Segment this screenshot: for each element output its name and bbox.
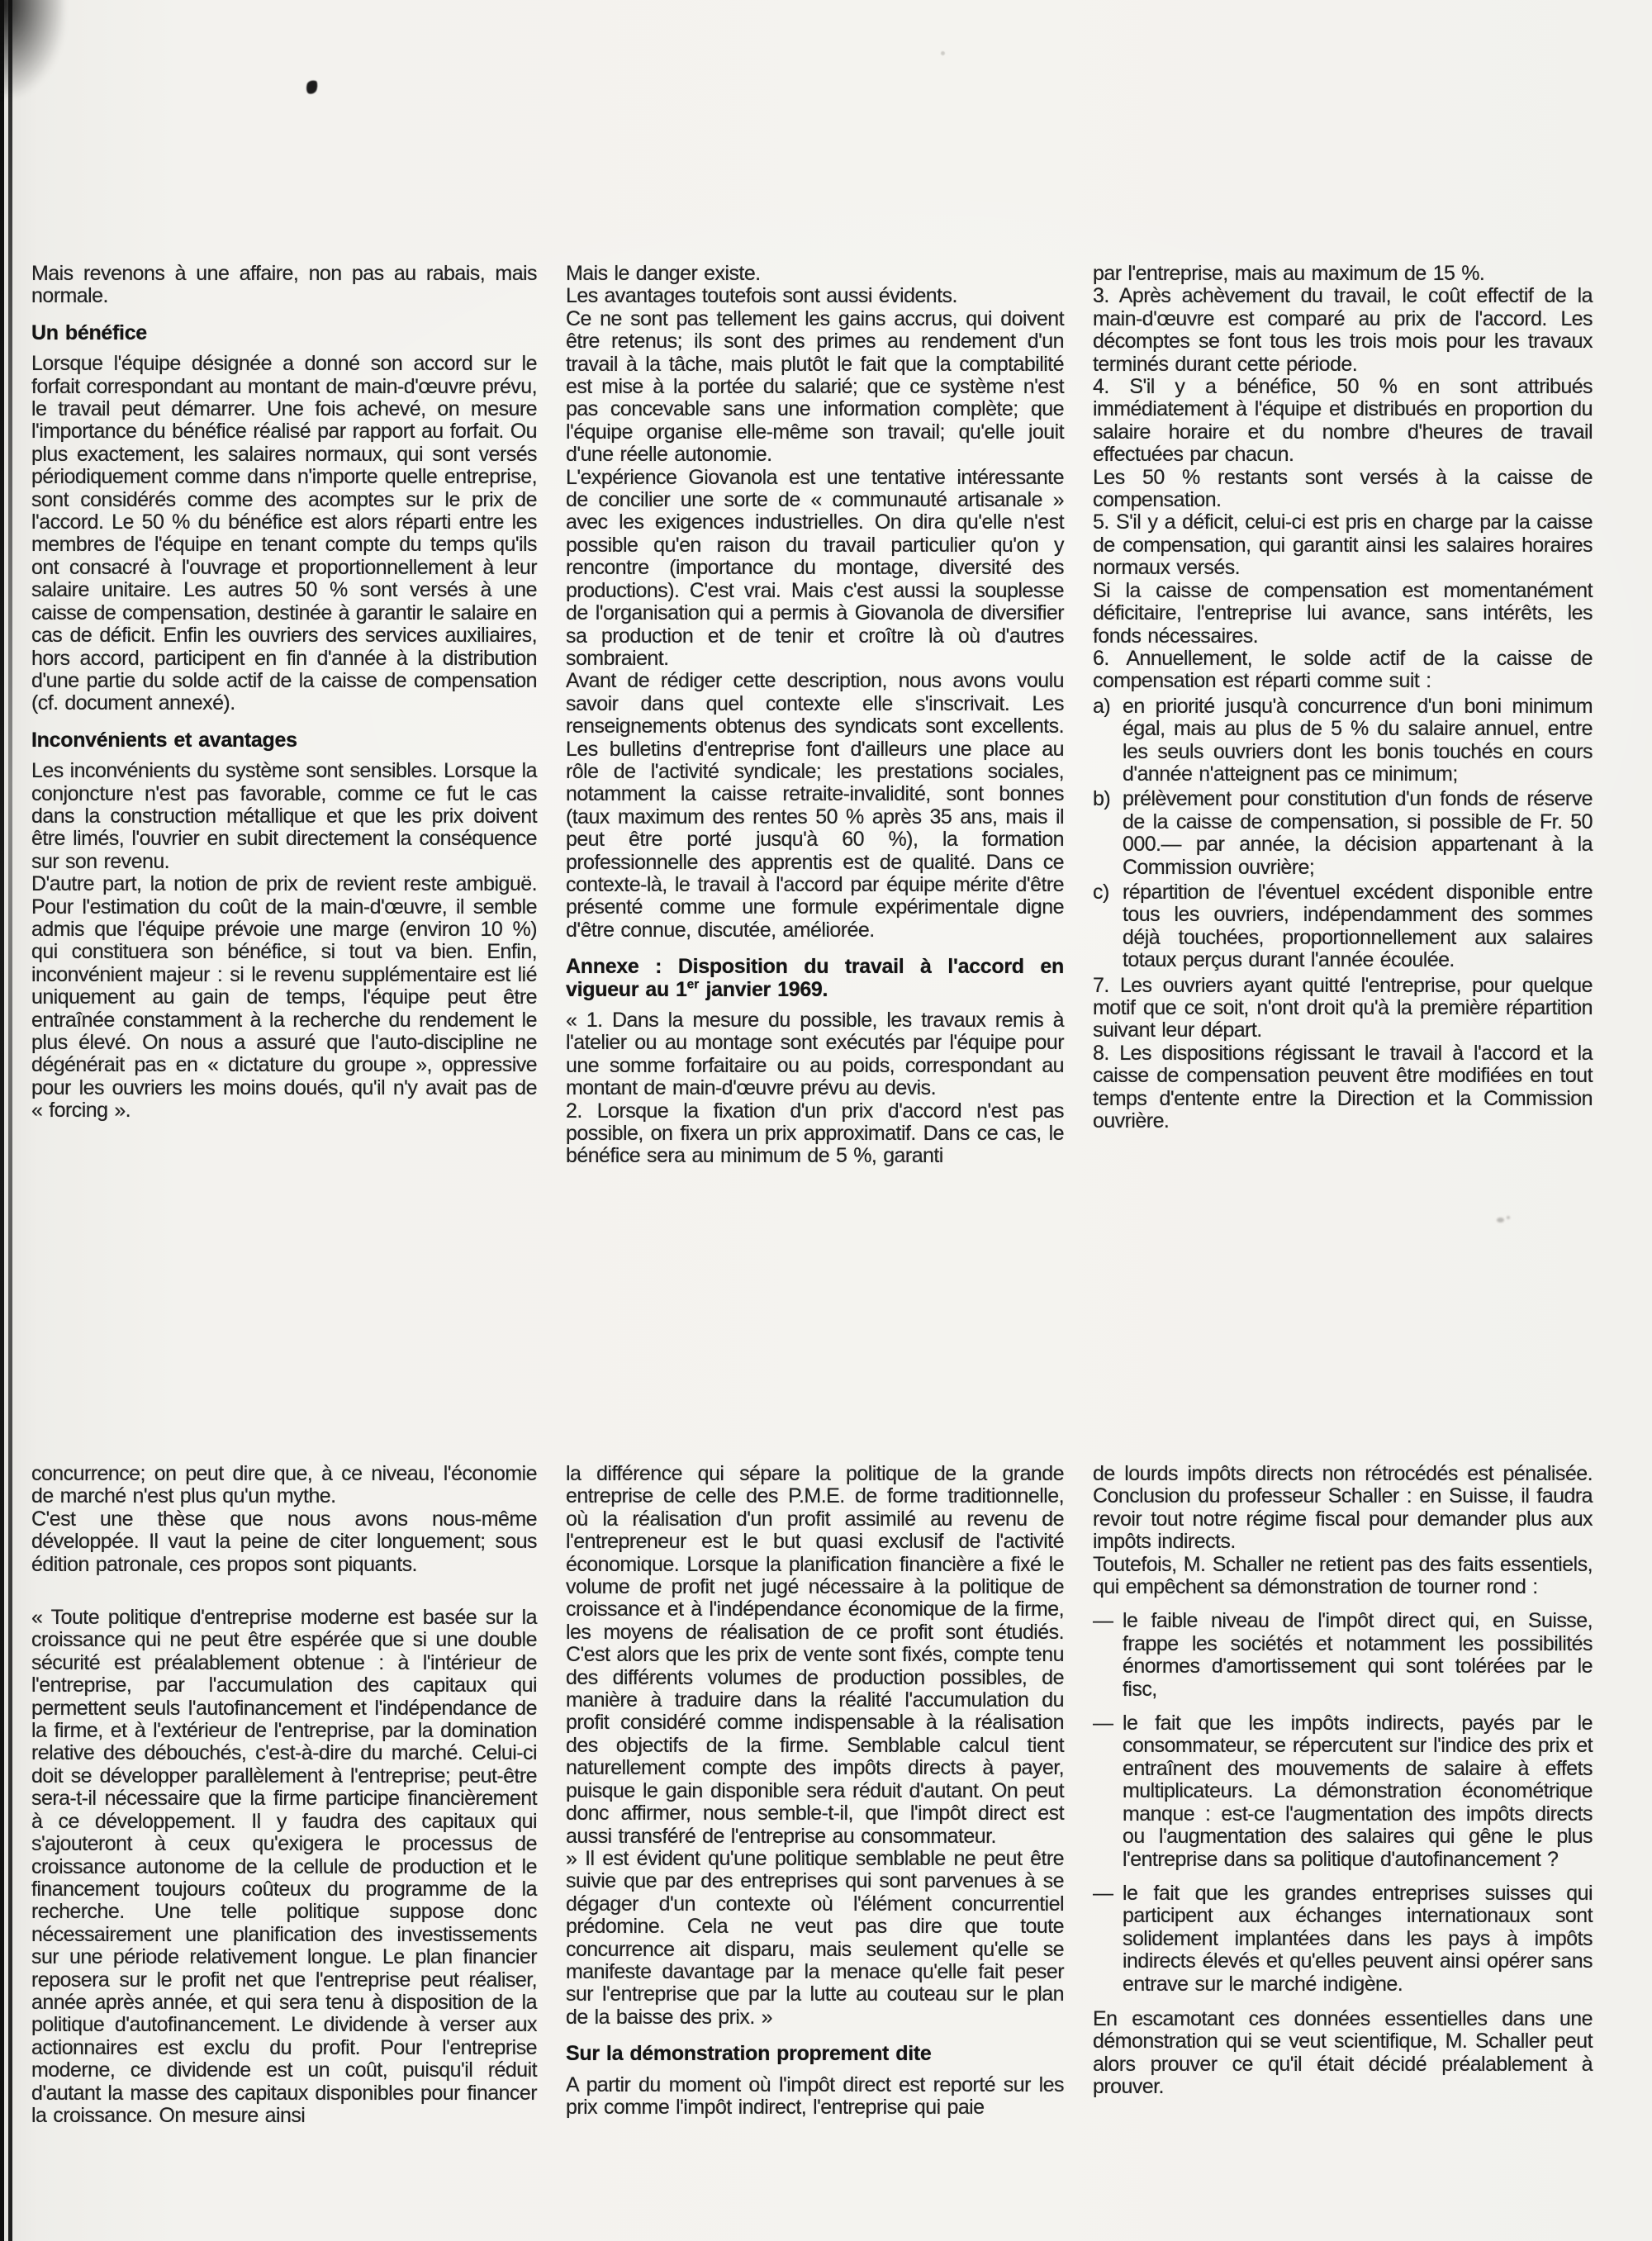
paragraph: En escamotant ces données essentielles d…: [1093, 2008, 1593, 2099]
ink-dot: [941, 51, 945, 55]
list-item-text: prélèvement pour constitution d'un fonds…: [1123, 787, 1593, 878]
scanned-document-page: Mais revenons à une affaire, non pas au …: [0, 0, 1652, 2241]
paragraph: C'est une thèse que nous avons nous-même…: [31, 1508, 537, 1576]
paragraph: D'autre part, la notion de prix de revie…: [31, 873, 537, 1122]
section-heading: Inconvénients et avantages: [31, 729, 537, 752]
lower-column-3: de lourds impôts directs non rétrocédés …: [1093, 1463, 1593, 2099]
dash-bullet-marker: —: [1093, 1610, 1113, 1632]
paragraph: Toutefois, M. Schaller ne retient pas de…: [1093, 1554, 1593, 1599]
bullet-text: le fait que les impôts indirects, payés …: [1123, 1712, 1593, 1870]
paragraph: 8. Les dispositions régissant le travail…: [1093, 1042, 1593, 1133]
paragraph: 4. S'il y a bénéfice, 50 % en sont attri…: [1093, 376, 1593, 467]
paragraph: par l'entreprise, mais au maximum de 15 …: [1093, 263, 1593, 285]
paragraph: Mais le danger existe.: [566, 263, 1064, 285]
list-item-text: répartition de l'éventuel excédent dispo…: [1123, 881, 1593, 971]
dash-bullet-marker: —: [1093, 1712, 1113, 1735]
paragraph: la différence qui sépare la politique de…: [566, 1463, 1064, 1848]
superscript: er: [687, 977, 700, 991]
ink-speck-faint: [1497, 1216, 1511, 1223]
paragraph: Avant de rédiger cette description, nous…: [566, 670, 1064, 942]
list-item: a) en priorité jusqu'à concurrence d'un …: [1093, 696, 1593, 786]
list-item: c) répartition de l'éventuel excédent di…: [1093, 881, 1593, 972]
section-heading: Un bénéfice: [31, 322, 537, 344]
dash-bullet-marker: —: [1093, 1883, 1113, 1905]
paragraph: A partir du moment où l'impôt direct est…: [566, 2074, 1064, 2120]
list-marker: c): [1093, 881, 1109, 904]
scan-edge-strip: [0, 0, 4, 2241]
paragraph: Ce ne sont pas tellement les gains accru…: [566, 308, 1064, 467]
paragraph: 3. Après achèvement du travail, le coût …: [1093, 285, 1593, 376]
paragraph: Mais revenons à une affaire, non pas au …: [31, 263, 537, 308]
bullet-text: le faible niveau de l'impôt direct qui, …: [1123, 1609, 1593, 1700]
paragraph: 2. Lorsque la fixation d'un prix d'accor…: [566, 1100, 1064, 1168]
list-item-text: en priorité jusqu'à concurrence d'un bon…: [1123, 695, 1593, 786]
upper-column-2: Mais le danger existe. Les avantages tou…: [566, 263, 1064, 1168]
paragraph: 5. S'il y a déficit, celui-ci est pris e…: [1093, 511, 1593, 579]
scan-edge-line: [8, 0, 12, 2241]
paragraph: 6. Annuellement, le solde actif de la ca…: [1093, 648, 1593, 693]
bullet-item: — le fait que les impôts indirects, payé…: [1093, 1712, 1593, 1871]
paragraph: L'expérience Giovanola est une tentative…: [566, 467, 1064, 671]
paragraph: 7. Les ouvriers ayant quitté l'entrepris…: [1093, 975, 1593, 1042]
lower-column-1: concurrence; on peut dire que, à ce nive…: [31, 1463, 537, 2127]
bullet-item: — le faible niveau de l'impôt direct qui…: [1093, 1610, 1593, 1701]
list-marker: a): [1093, 696, 1110, 718]
paragraph: Les 50 % restants sont versés à la caiss…: [1093, 467, 1593, 512]
paragraph: Les avantages toutefois sont aussi évide…: [566, 285, 1064, 307]
paragraph: concurrence; on peut dire que, à ce nive…: [31, 1463, 537, 1508]
list-item: b) prélèvement pour constitution d'un fo…: [1093, 788, 1593, 879]
lower-column-2: la différence qui sépare la politique de…: [566, 1463, 1064, 2119]
paragraph: Les inconvénients du système sont sensib…: [31, 760, 537, 873]
paragraph: Si la caisse de compensation est momenta…: [1093, 580, 1593, 648]
paragraph: « 1. Dans la mesure du possible, les tra…: [566, 1009, 1064, 1100]
block-quote: « Toute politique d'entreprise moderne e…: [31, 1607, 537, 2127]
paragraph: de lourds impôts directs non rétrocédés …: [1093, 1463, 1593, 1554]
section-heading: Sur la démonstration proprement dite: [566, 2043, 1064, 2065]
upper-column-1: Mais revenons à une affaire, non pas au …: [31, 263, 537, 1123]
bullet-item: — le fait que les grandes entreprises su…: [1093, 1883, 1593, 1996]
ink-speck: [305, 79, 319, 96]
list-marker: b): [1093, 788, 1110, 810]
annex-heading: Annexe : Disposition du travail à l'acco…: [566, 956, 1064, 1001]
bullet-text: le fait que les grandes entreprises suis…: [1123, 1882, 1593, 1996]
scan-corner-blot: [0, 0, 64, 96]
paragraph: Lorsque l'équipe désignée a donné son ac…: [31, 353, 537, 715]
block-quote: » Il est évident qu'une politique sembla…: [566, 1848, 1064, 2029]
upper-column-3: par l'entreprise, mais au maximum de 15 …: [1093, 263, 1593, 1132]
